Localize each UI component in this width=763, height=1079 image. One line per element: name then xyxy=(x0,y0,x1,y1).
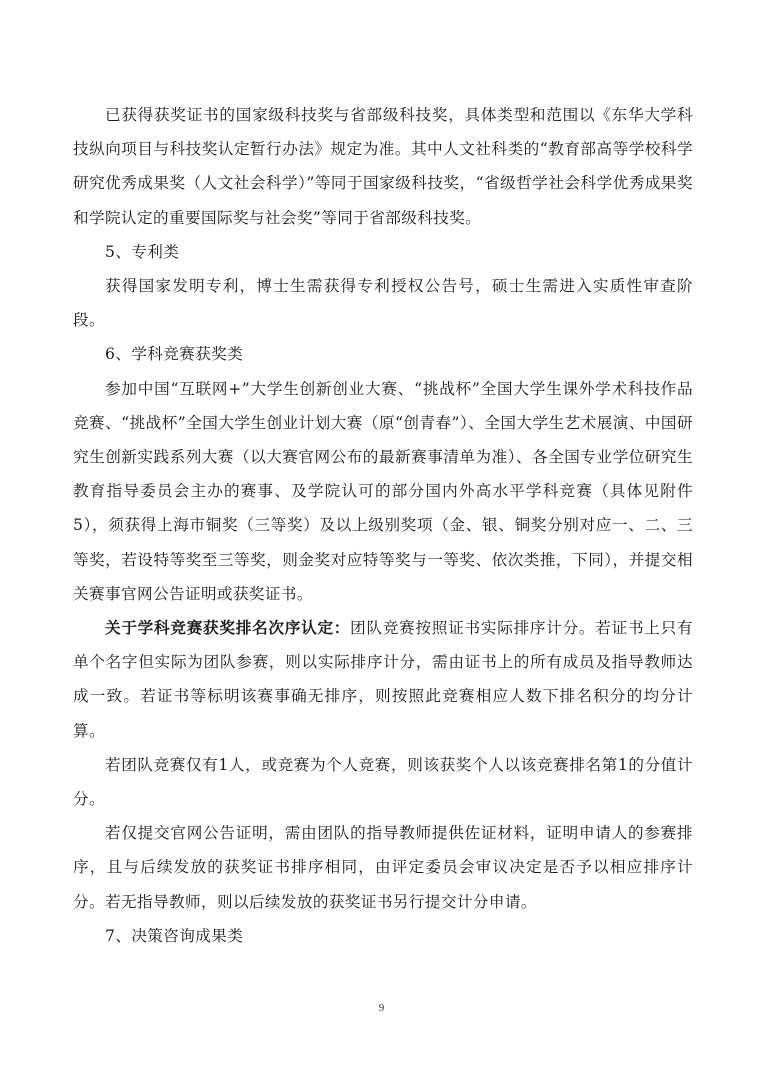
ranking-rules-lead: 关于学科竞赛获奖排名次序认定： xyxy=(105,618,350,637)
section-heading-decision-consulting: 7、决策咨询成果类 xyxy=(73,919,693,953)
page-number: 9 xyxy=(0,1002,763,1014)
paragraph-single-person: 若团队竞赛仅有1人，或竞赛为个人竞赛，则该获奖个人以该竞赛排名第1的分值计分。 xyxy=(73,748,693,816)
paragraph-ranking-rules: 关于学科竞赛获奖排名次序认定：团队竞赛按照证书实际排序计分。若证书上只有单个名字… xyxy=(73,611,693,748)
ranking-rules-text: 团队竞赛按照证书实际排序计分。若证书上只有单个名字但实际为团队参赛，则以实际排序… xyxy=(73,619,693,740)
paragraph-official-notice: 若仅提交官网公告证明，需由团队的指导教师提供佐证材料，证明申请人的参赛排序，且与… xyxy=(73,816,693,919)
paragraph-competitions: 参加中国“互联网+”大学生创新创业大赛、“挑战杯”全国大学生课外学术科技作品竞赛… xyxy=(73,372,693,611)
document-page: 已获得获奖证书的国家级科技奖与省部级科技奖，具体类型和范围以《东华大学科技纵向项… xyxy=(73,98,693,953)
paragraph-patents: 获得国家发明专利，博士生需获得专利授权公告号，硕士生需进入实质性审查阶段。 xyxy=(73,269,693,337)
paragraph-science-awards: 已获得获奖证书的国家级科技奖与省部级科技奖，具体类型和范围以《东华大学科技纵向项… xyxy=(73,98,693,235)
section-heading-competitions: 6、学科竞赛获奖类 xyxy=(73,337,693,371)
section-heading-patents: 5、专利类 xyxy=(73,235,693,269)
